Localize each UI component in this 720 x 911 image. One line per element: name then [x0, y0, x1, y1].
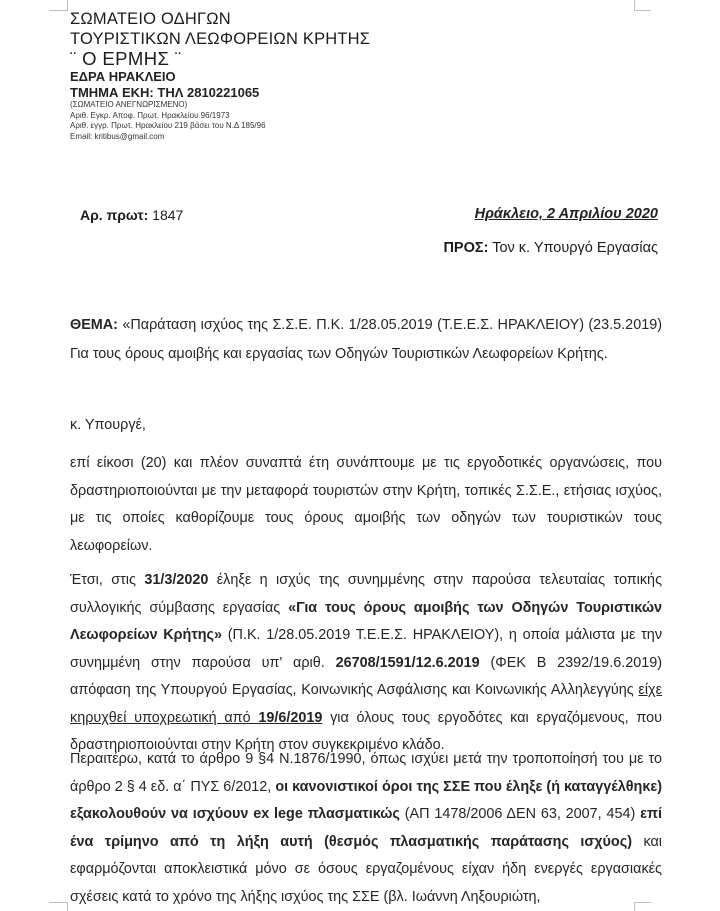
- text-run: (ΑΠ 1478/2006 ΔΕΝ 63, 2007, 454): [400, 806, 640, 822]
- recipient-label: ΠΡΟΣ:: [443, 240, 488, 256]
- mandatory-date: 19/6/2019: [258, 710, 322, 726]
- text-run: Έτσι, στις: [70, 572, 144, 588]
- salutation: κ. Υπουργέ,: [70, 412, 662, 440]
- org-seat: ΕΔΡΑ ΗΡΑΚΛΕΙΟ: [70, 69, 370, 85]
- org-registration-1: Αριθ. Εγκρ. Αποφ. Πρωτ. Ηρακλείου 96/197…: [70, 111, 370, 122]
- crop-mark-top-right: [634, 0, 651, 11]
- reference-label: Αρ. πρωτ:: [80, 207, 148, 223]
- reference-number: Αρ. πρωτ: 1847: [80, 207, 183, 223]
- letterhead: ΣΩΜΑΤΕΙΟ ΟΔΗΓΩΝ ΤΟΥΡΙΣΤΙΚΩΝ ΛΕΩΦΟΡΕΙΩΝ Κ…: [70, 9, 370, 142]
- recipient-name: Τον κ. Υπουργό Εργασίας: [492, 240, 658, 256]
- crop-mark-top-left: [49, 0, 68, 11]
- subject-text: «Παράταση ισχύος της Σ.Σ.Ε. Π.Κ. 1/28.05…: [70, 317, 662, 362]
- org-registration-2: Αριθ. εγγρ. Πρωτ. Ηρακλείου 219 βάσει το…: [70, 121, 370, 132]
- place-date: Ηράκλειο, 2 Απριλίου 2020: [475, 206, 658, 222]
- recipient: ΠΡΟΣ: Τον κ. Υπουργό Εργασίας: [443, 240, 658, 256]
- expiry-date: 31/3/2020: [144, 572, 208, 588]
- org-line1: ΣΩΜΑΤΕΙΟ ΟΔΗΓΩΝ: [70, 9, 370, 29]
- decision-number: 26708/1591/12.6.2019: [336, 655, 480, 671]
- paragraph-2: Έτσι, στις 31/3/2020 έληξε η ισχύς της σ…: [70, 567, 662, 760]
- reference-value: 1847: [152, 207, 183, 223]
- crop-mark-bottom-left: [49, 902, 68, 911]
- org-line2: ΤΟΥΡΙΣΤΙΚΩΝ ΛΕΩΦΟΡΕΙΩΝ ΚΡΗΤΗΣ: [70, 29, 370, 49]
- paragraph-1: επί είκοσι (20) και πλέον συναπτά έτη συ…: [70, 450, 662, 560]
- subject-label: ΘΕΜΑ:: [70, 317, 118, 333]
- org-email: Email: kritibus@gmail.com: [70, 132, 370, 143]
- org-name: ¨ Ο ΕΡΜΗΣ ¨: [70, 49, 370, 69]
- org-recognized: (ΣΩΜΑΤΕΙΟ ΑΝΕΓΝΩΡΙΣΜΕΝΟ): [70, 100, 370, 111]
- org-phone: ΤΜΗΜΑ ΕΚΗ: ΤΗΛ 2810221065: [70, 85, 370, 101]
- paragraph-3: Περαιτέρω, κατά το άρθρο 9 §4 Ν.1876/199…: [70, 746, 662, 911]
- subject: ΘΕΜΑ: «Παράταση ισχύος της Σ.Σ.Ε. Π.Κ. 1…: [70, 311, 662, 369]
